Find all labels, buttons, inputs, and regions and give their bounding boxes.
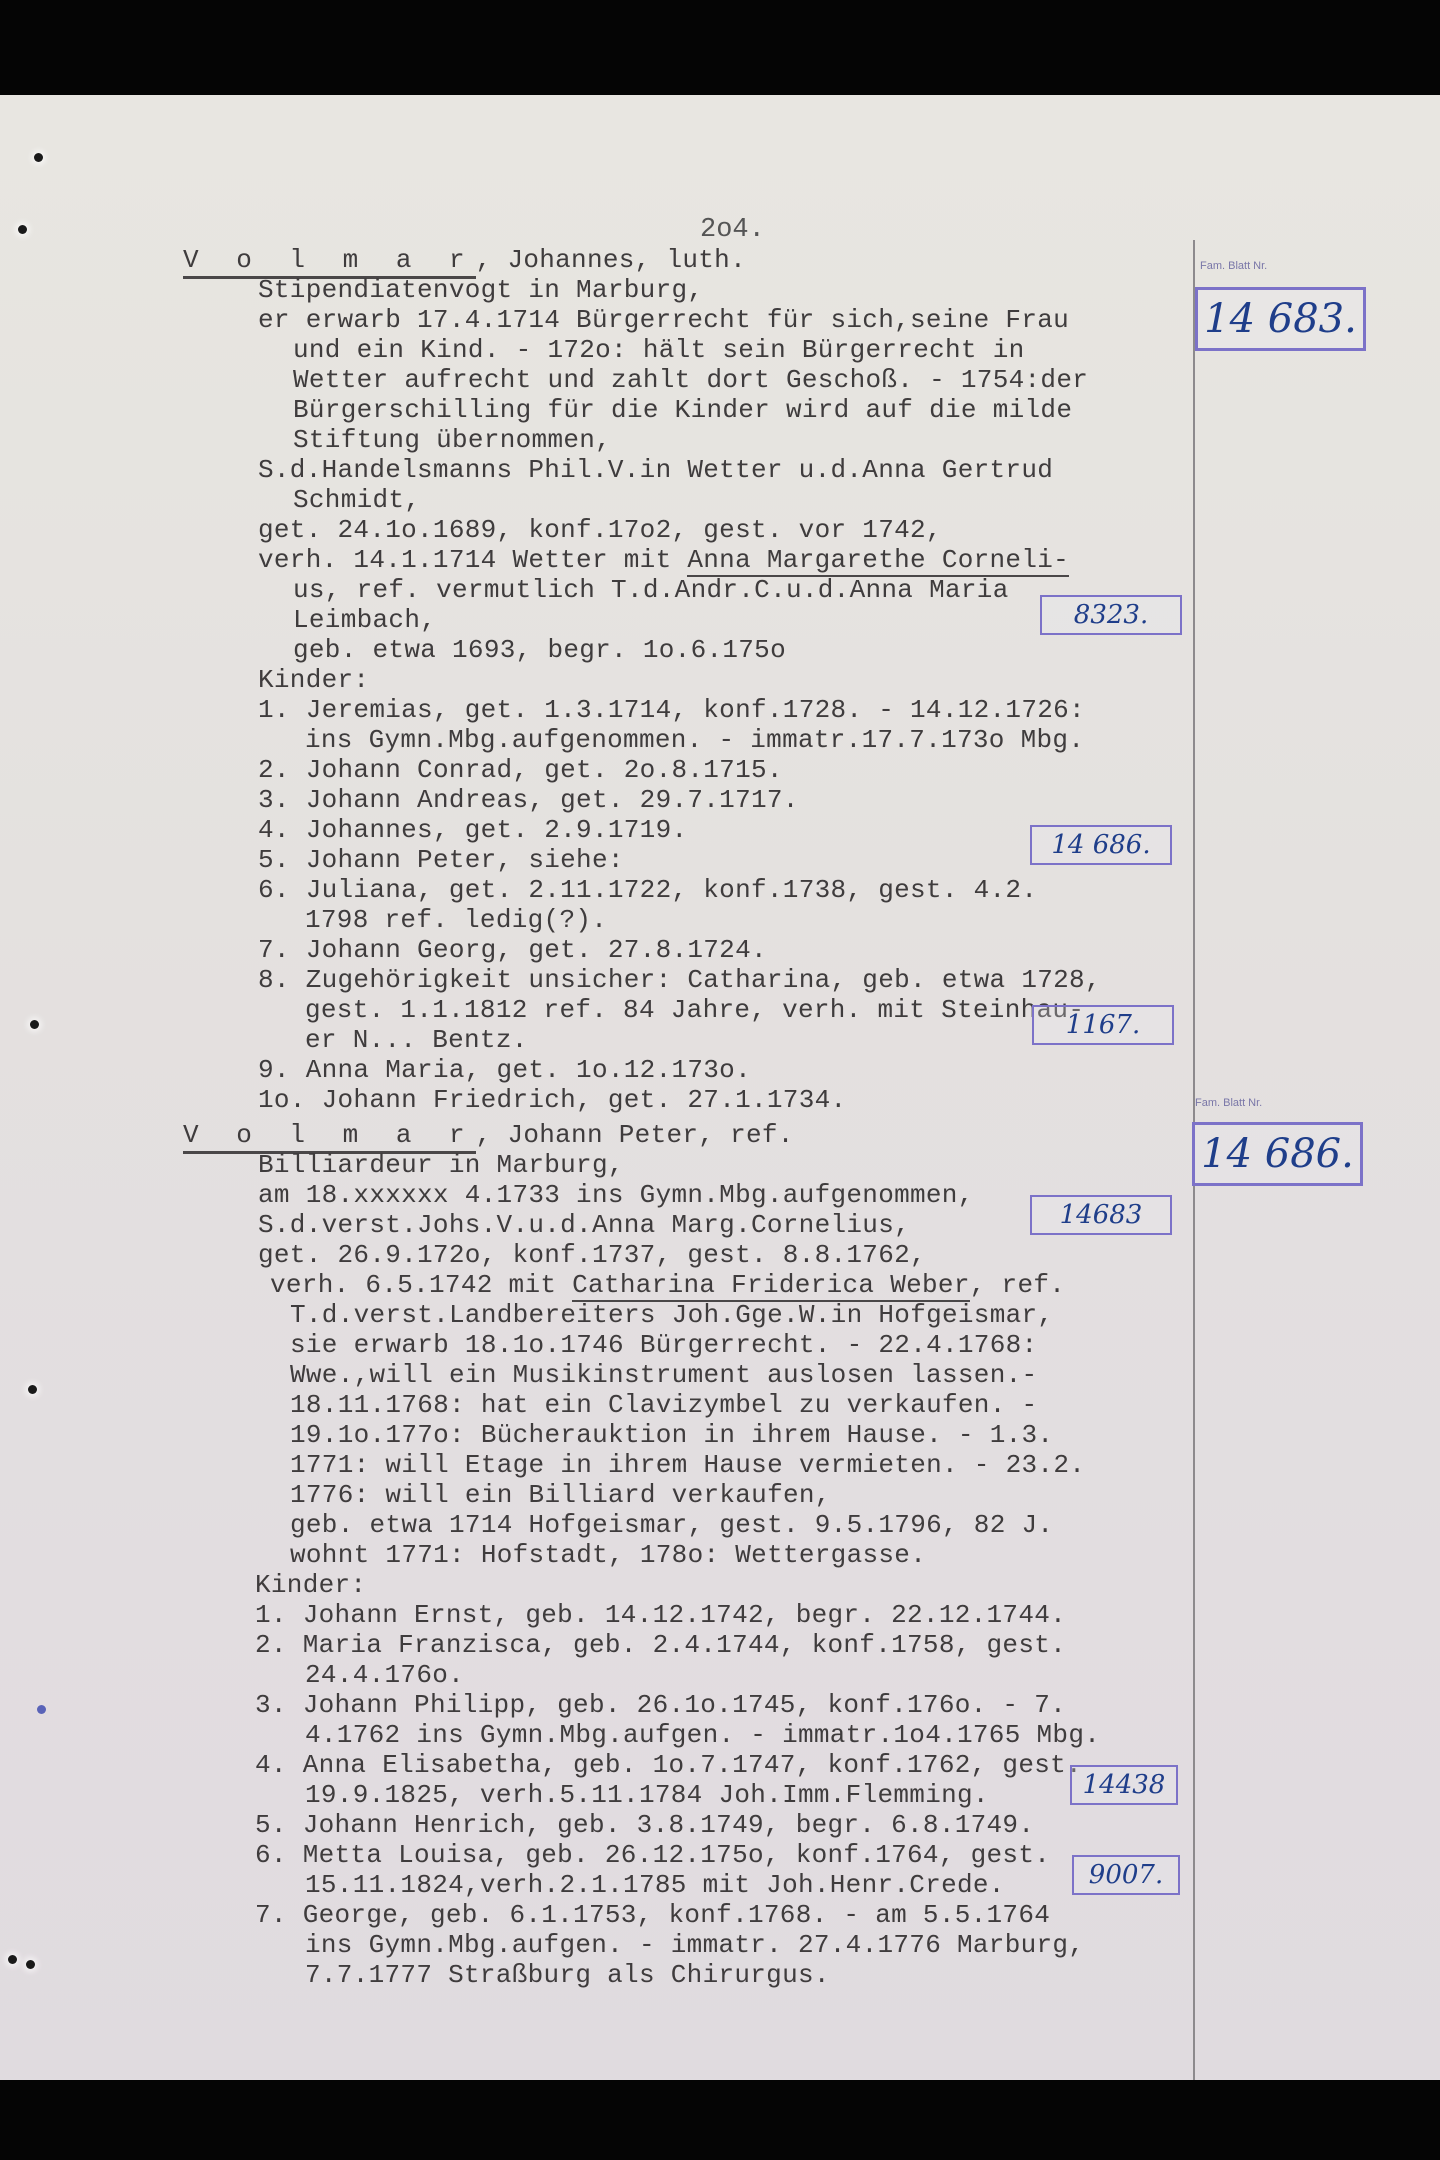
father-ref-stamp: 14683 (1030, 1195, 1172, 1235)
text-line: geb. etwa 1693, begr. 1o.6.175o (293, 635, 786, 665)
child-item-cont: gest. 1.1.1812 ref. 84 Jahre, verh. mit … (305, 995, 1084, 1025)
child-item: 9. Anna Maria, get. 1o.12.173o. (258, 1055, 751, 1085)
dates-line: get. 24.1o.1689, konf.17o2, gest. vor 17… (258, 515, 942, 545)
child-item: 5. Johann Peter, siehe: (258, 845, 624, 875)
text-line: 1771: will Etage in ihrem Hause vermiete… (290, 1450, 1085, 1480)
fam-blatt-label: Fam. Blatt Nr. (1200, 260, 1267, 272)
child-item: 7. George, geb. 6.1.1753, konf.1768. - a… (255, 1900, 1050, 1930)
child-item: 2. Johann Conrad, get. 2o.8.1715. (258, 755, 783, 785)
child-ref-stamp: 1167. (1032, 1005, 1174, 1045)
children-heading: Kinder: (258, 665, 369, 695)
text-line: 18.11.1768: hat ein Clavizymbel zu verka… (290, 1390, 1037, 1420)
punch-hole (26, 1960, 35, 1969)
parents-line: S.d.Handelsmanns Phil.V.in Wetter u.d.An… (258, 455, 1053, 485)
text-line: 1776: will ein Billiard verkaufen, (290, 1480, 831, 1510)
punch-hole (34, 153, 43, 162)
spouse-name: Catharina Friderica Weber (572, 1270, 970, 1302)
child-item-cont: ins Gymn.Mbg.aufgen. - immatr. 27.4.1776… (305, 1930, 1084, 1960)
ink-dot (37, 1705, 46, 1714)
text-line: Bürgerschilling für die Kinder wird auf … (293, 395, 1072, 425)
punch-hole (8, 1955, 17, 1964)
occupation: Billiardeur in Marburg, (258, 1150, 624, 1180)
page-number: 2o4. (700, 215, 765, 245)
punch-hole (18, 225, 27, 234)
text-line: geb. etwa 1714 Hofgeismar, gest. 9.5.179… (290, 1510, 1053, 1540)
child-item-cont: er N... Bentz. (305, 1025, 528, 1055)
spouse-ref-stamp: 8323. (1040, 595, 1182, 635)
child-item: 2. Maria Franzisca, geb. 2.4.1744, konf.… (255, 1630, 1066, 1660)
marriage-line: verh. 14.1.1714 Wetter mit Anna Margaret… (258, 545, 1069, 575)
child-ref-stamp: 14 686. (1030, 825, 1172, 865)
spouse-name: Anna Margarethe Corneli- (687, 545, 1069, 577)
punch-hole (30, 1020, 39, 1029)
text-line: Wetter aufrecht und zahlt dort Geschoß. … (293, 365, 1088, 395)
fam-blatt-label: Fam. Blatt Nr. (1195, 1097, 1262, 1109)
text-line: Schmidt, (293, 485, 420, 515)
occupation: Stipendiatenvogt in Marburg, (258, 275, 703, 305)
document-page: 2o4. V o l m a r, Johannes, luth. Fam. B… (0, 95, 1440, 2080)
children-heading: Kinder: (255, 1570, 366, 1600)
child-item-cont: 1798 ref. ledig(?). (305, 905, 607, 935)
text-line: T.d.verst.Landbereiters Joh.Gge.W.in Hof… (290, 1300, 1053, 1330)
child-item-cont: ins Gymn.Mbg.aufgenommen. - immatr.17.7.… (305, 725, 1084, 755)
text-line: sie erwarb 18.1o.1746 Bürgerrecht. - 22.… (290, 1330, 1037, 1360)
entry-header: V o l m a r, Johann Peter, ref. (183, 1120, 794, 1150)
parents-line: S.d.verst.Johs.V.u.d.Anna Marg.Cornelius… (258, 1210, 910, 1240)
surname: V o l m a r (183, 1120, 476, 1154)
child-item: 3. Johann Philipp, geb. 26.1o.1745, konf… (255, 1690, 1066, 1720)
child-item: 5. Johann Henrich, geb. 3.8.1749, begr. … (255, 1810, 1034, 1840)
child-item: 4. Anna Elisabetha, geb. 1o.7.1747, konf… (255, 1750, 1082, 1780)
fam-blatt-stamp: 14 686. (1192, 1122, 1363, 1186)
child-item-cont: 19.9.1825, verh.5.11.1784 Joh.Imm.Flemmi… (305, 1780, 989, 1810)
text-line: wohnt 1771: Hofstadt, 178o: Wettergasse. (290, 1540, 926, 1570)
child-item: 7. Johann Georg, get. 27.8.1724. (258, 935, 767, 965)
child-item: 4. Johannes, get. 2.9.1719. (258, 815, 687, 845)
child-ref-stamp: 9007. (1072, 1855, 1180, 1895)
child-item: 6. Juliana, get. 2.11.1722, konf.1738, g… (258, 875, 1037, 905)
text-line: am 18.xxxxxx 4.1733 ins Gymn.Mbg.aufgeno… (258, 1180, 974, 1210)
child-item: 6. Metta Louisa, geb. 26.12.175o, konf.1… (255, 1840, 1050, 1870)
child-item: 3. Johann Andreas, get. 29.7.1717. (258, 785, 799, 815)
entry-header: V o l m a r, Johannes, luth. (183, 245, 746, 275)
text-line: Wwe.,will ein Musikinstrument auslosen l… (290, 1360, 1037, 1390)
surname: V o l m a r (183, 245, 476, 279)
child-item: 1o. Johann Friedrich, get. 27.1.1734. (258, 1085, 846, 1115)
text-line: er erwarb 17.4.1714 Bürgerrecht für sich… (258, 305, 1069, 335)
text-line: 19.1o.177o: Bücherauktion in ihrem Hause… (290, 1420, 1053, 1450)
fam-blatt-stamp: 14 683. (1195, 287, 1366, 351)
child-item-cont: 4.1762 ins Gymn.Mbg.aufgen. - immatr.1o4… (305, 1720, 1100, 1750)
punch-hole (28, 1385, 37, 1394)
child-item: 8. Zugehörigkeit unsicher: Catharina, ge… (258, 965, 1101, 995)
child-ref-stamp: 14438 (1070, 1765, 1178, 1805)
child-item-cont: 7.7.1777 Straßburg als Chirurgus. (305, 1960, 830, 1990)
text-line: Leimbach, (293, 605, 436, 635)
child-item: 1. Johann Ernst, geb. 14.12.1742, begr. … (255, 1600, 1066, 1630)
child-item: 1. Jeremias, get. 1.3.1714, konf.1728. -… (258, 695, 1085, 725)
child-item-cont: 15.11.1824,verh.2.1.1785 mit Joh.Henr.Cr… (305, 1870, 1005, 1900)
child-item-cont: 24.4.176o. (305, 1660, 464, 1690)
text-line: Stiftung übernommen, (293, 425, 611, 455)
marriage-line: verh. 6.5.1742 mit Catharina Friderica W… (270, 1270, 1065, 1300)
text-line: us, ref. vermutlich T.d.Andr.C.u.d.Anna … (293, 575, 1009, 605)
dates-line: get. 26.9.172o, konf.1737, gest. 8.8.176… (258, 1240, 926, 1270)
text-line: und ein Kind. - 172o: hält sein Bürgerre… (293, 335, 1025, 365)
